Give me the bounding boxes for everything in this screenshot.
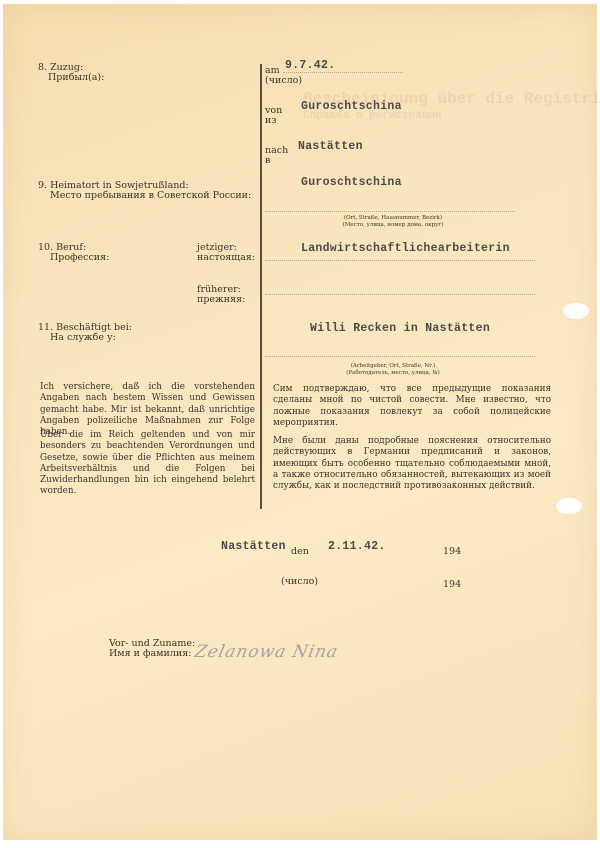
signature-label-ru: Имя и фамилия: <box>109 648 191 659</box>
employer-line <box>265 356 535 357</box>
document-page: Bescheinigung über die Registrierung Спр… <box>3 4 597 840</box>
section8-label-ru: Прибыл(а): <box>48 72 104 83</box>
employer-caption-ru: (Работодатель, место, улица, №) <box>303 370 483 377</box>
from-label-ru: из <box>265 115 277 126</box>
year-prefix-1: 194 <box>443 546 461 557</box>
hometown-caption-de: (Ort, Straße, Hausnummer, Bezirk) <box>303 215 483 222</box>
year-prefix-2: 194 <box>443 579 461 590</box>
hometown-caption-ru: (Место, улица, номер дома, округ) <box>303 222 483 229</box>
section10-label-ru: Профессия: <box>50 252 109 263</box>
arrival-date-line <box>283 72 403 73</box>
punch-hole-lower <box>556 498 582 514</box>
section9-label-ru: Место пребывания в Советской России: <box>50 190 251 201</box>
from-value: Guroschtschina <box>301 100 402 113</box>
hometown-value: Guroschtschina <box>301 176 402 189</box>
arrival-date-caption: (число) <box>265 75 302 86</box>
punch-hole-upper <box>563 303 589 319</box>
to-value: Nastätten <box>298 140 363 153</box>
current-profession-value: Landwirtschaftlichearbeiterin <box>301 242 510 255</box>
hometown-line <box>265 211 515 212</box>
place-value: Nastätten <box>221 540 286 553</box>
declaration-de-p2: Über die im Reich geltenden und von mir … <box>40 430 255 498</box>
former-profession-label-ru: прежняя: <box>197 294 245 305</box>
signing-date-value: 2.11.42. <box>328 540 386 553</box>
column-divider <box>260 64 262 509</box>
den-label: den <box>291 546 309 557</box>
current-profession-label-ru: настоящая: <box>197 252 255 263</box>
declaration-ru-p1: Сим подтверждаю, что все предыдущие пока… <box>273 384 551 429</box>
handwritten-signature: Zelanowa Nina <box>193 642 340 662</box>
date-caption: (число) <box>281 576 318 587</box>
to-label-ru: в <box>265 155 270 166</box>
former-profession-line <box>265 294 535 295</box>
declaration-ru-p2: Мне были даны подробные пояснения относи… <box>273 436 551 492</box>
section11-label-ru: На службе у: <box>50 332 116 343</box>
employer-value: Willi Recken in Nastätten <box>310 322 490 335</box>
current-profession-line <box>265 260 535 261</box>
employer-caption-de: (Arbeitgeber, Ort, Straße, Nr.) <box>303 363 483 370</box>
arrival-date-value: 9.7.42. <box>285 59 335 72</box>
